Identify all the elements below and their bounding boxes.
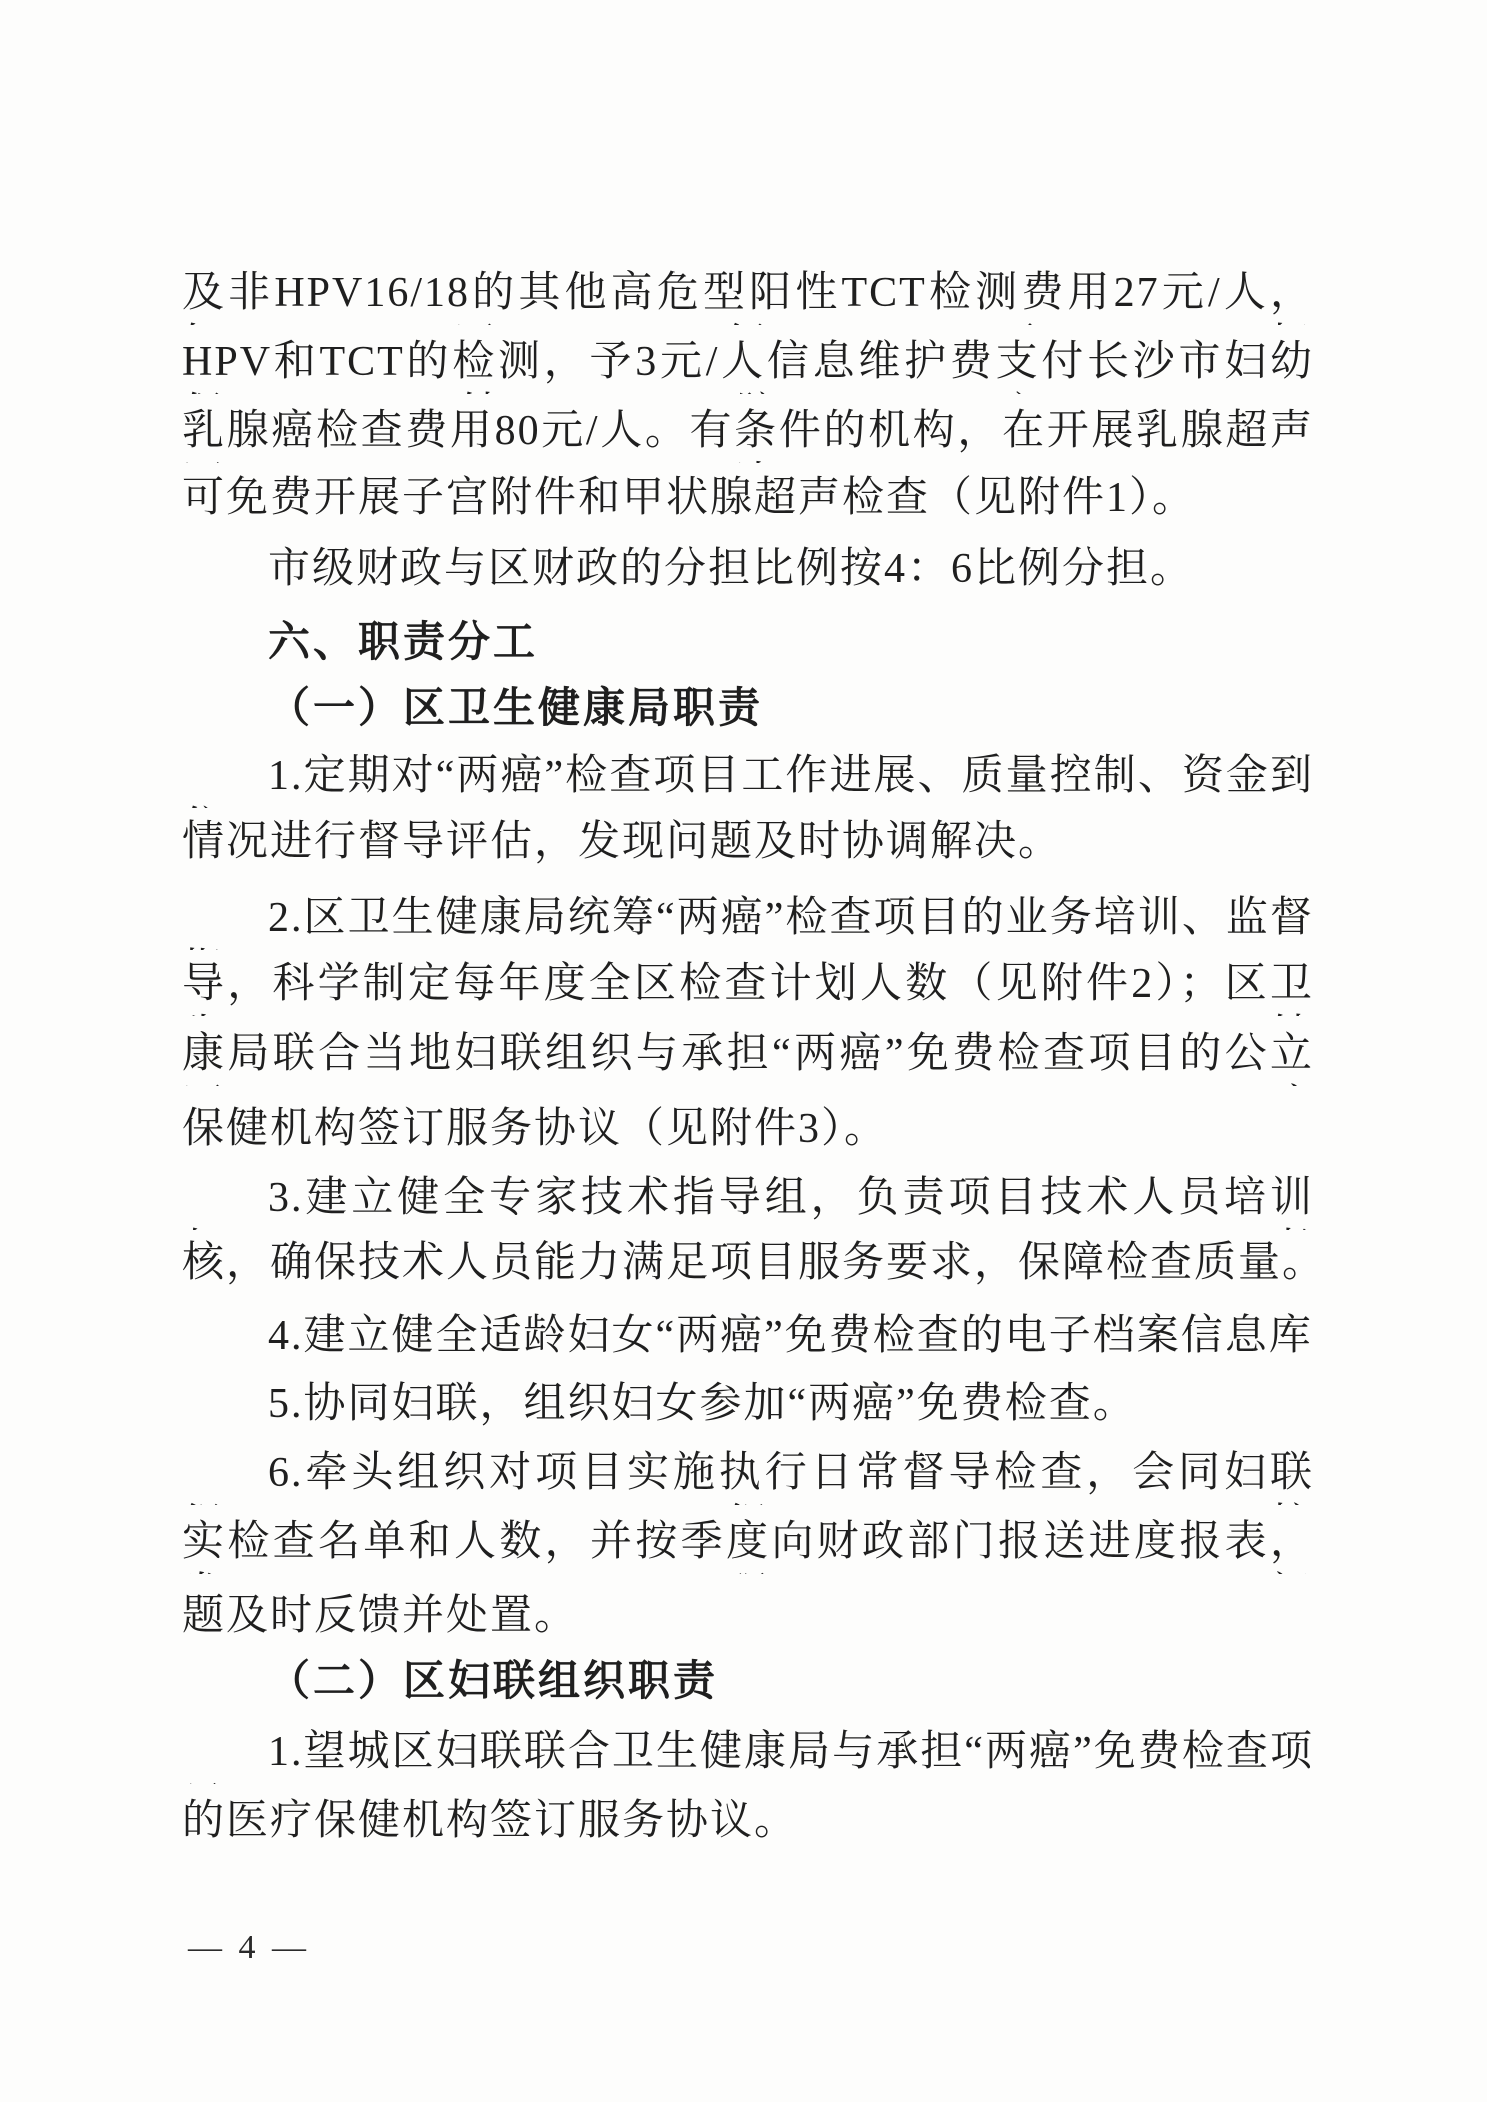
text-line: 康局联合当地妇联组织与承担“两癌”免费检查项目的公立医疗 [182, 1028, 1314, 1086]
text-line: 情况进行督导评估，发现问题及时协调解决。 [182, 816, 1314, 874]
document-page: 及非HPV16/18的其他高危型阳性TCT检测费用27元/人，如区级承担HPV和… [0, 0, 1487, 2102]
section-heading: （二）区妇联组织职责 [182, 1655, 1314, 1713]
text-line: 可免费开展子宫附件和甲状腺超声检查（见附件1）。 [182, 472, 1314, 530]
section-heading: 六、职责分工 [182, 616, 1314, 674]
text-line: 核，确保技术人员能力满足项目服务要求，保障检查质量。 [182, 1237, 1314, 1295]
page-number: — 4 — [188, 1928, 310, 1968]
text-line: 保健机构签订服务协议（见附件3）。 [182, 1103, 1314, 1161]
text-line: 4.建立健全适龄妇女“两癌”免费检查的电子档案信息库。 [182, 1310, 1314, 1368]
text-line: 市级财政与区财政的分担比例按4：6比例分担。 [182, 543, 1314, 601]
text-line: 乳腺癌检查费用80元/人。有条件的机构，在开展乳腺超声同时， [182, 405, 1314, 463]
text-line: 1.定期对“两癌”检查项目工作进展、质量控制、资金到位 [182, 750, 1314, 808]
text-layer: 及非HPV16/18的其他高危型阳性TCT检测费用27元/人，如区级承担HPV和… [0, 0, 1487, 2102]
text-line: 导，科学制定每年度全区检查计划人数（见附件2）；区卫生健 [182, 958, 1314, 1016]
text-line: 的医疗保健机构签订服务协议。 [182, 1795, 1314, 1853]
text-line: 6.牵头组织对项目实施执行日常督导检查，会同妇联组织核 [182, 1447, 1314, 1505]
text-line: 1.望城区妇联联合卫生健康局与承担“两癌”免费检查项目 [182, 1726, 1314, 1784]
text-line: HPV和TCT的检测，予3元/人信息维护费支付长沙市妇幼保健院）； [182, 336, 1314, 394]
text-line: 2.区卫生健康局统筹“两癌”检查项目的业务培训、监督指 [182, 892, 1314, 950]
section-heading: （一）区卫生健康局职责 [182, 682, 1314, 740]
text-line: 实检查名单和人数，并按季度向财政部门报送进度报表，发现问 [182, 1516, 1314, 1574]
text-line: 题及时反馈并处置。 [182, 1590, 1314, 1648]
text-line: 3.建立健全专家技术指导组，负责项目技术人员培训与考 [182, 1172, 1314, 1230]
text-line: 及非HPV16/18的其他高危型阳性TCT检测费用27元/人，如区级承担 [182, 267, 1314, 325]
text-line: 5.协同妇联，组织妇女参加“两癌”免费检查。 [182, 1378, 1314, 1436]
